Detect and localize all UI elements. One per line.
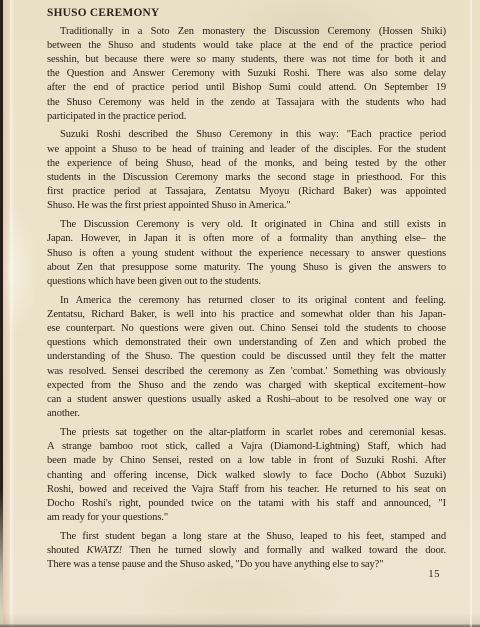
text-line: Roshi, bowed and received the Vajra Staf… [47,483,446,497]
page-content: SHUSO CEREMONY Traditionally in a Soto Z… [47,6,446,573]
text-line: Zentatsu, Richard Baker, is well into hi… [47,308,446,322]
text-line: been made by Chino Sensei, rested on a l… [47,454,446,468]
text-line: another. [47,407,446,421]
paragraph: The priests sat together on the altar-pl… [47,426,446,525]
text-line: was resolved. Sensei described the cerem… [47,365,446,379]
text-line: we appoint a Shuso to be head of trainin… [47,143,446,157]
page-edge-pink-left [3,0,10,627]
text-line: In America the ceremony has returned clo… [47,294,446,308]
text-line: the experience of being Shuso, head of t… [47,157,446,171]
paragraph: In America the ceremony has returned clo… [47,294,446,422]
text-line: the Shuso Ceremony was held in the zendo… [47,96,446,110]
paragraph: The first student began a long stare at … [47,530,446,573]
text-line: between the Shuso and students would tak… [47,39,446,53]
page-title: SHUSO CEREMONY [47,6,446,20]
paragraph: The Discussion Ceremony is very old. It … [47,218,446,289]
text-line: students in the Discussion Ceremony mark… [47,171,446,185]
text-line: am ready for your questions." [47,511,446,525]
text-line: expected from the Shuso and the zendo wa… [47,379,446,393]
text-line: ese counterpart. No questions were given… [47,322,446,336]
text-line: questions which have been given out to t… [47,275,446,289]
text-line: questions which demonstrated their own u… [47,336,446,350]
paragraph: Traditionally in a Soto Zen monastery th… [47,25,446,124]
text-line: after the end of practice period until B… [47,81,446,95]
text-line: the Question and Answer Ceremony with Su… [47,67,446,81]
page-edge-bottom [0,623,480,627]
page-edge-right-light [470,0,472,627]
text-line: participated in the practice period. [47,110,446,124]
text-line: chanting and offering incense, Dick walk… [47,469,446,483]
text-line: Docho Roshi's right, pounded twice on th… [47,497,446,511]
scanned-book-page: SHUSO CEREMONY Traditionally in a Soto Z… [0,0,480,627]
text-line: Shuso. He was the first priest appointed… [47,199,446,213]
text-line: A strange bamboo root stick, called a Va… [47,440,446,454]
paragraph-container: Traditionally in a Soto Zen monastery th… [47,25,446,573]
text-line: first practice period at Tassajara, Zent… [47,185,446,199]
text-line: can a student answer questions usually a… [47,393,446,407]
text-line: understanding of the Shuso. The question… [47,350,446,364]
page-edge-light-left [10,0,15,627]
page-number: 15 [380,568,440,580]
text-line: Traditionally in a Soto Zen monastery th… [47,25,446,39]
paragraph: Suzuki Roshi described the Shuso Ceremon… [47,128,446,213]
text-line: Shuso is often a young student without t… [47,247,446,261]
text-line: Japan. However, in Japan it is often mor… [47,232,446,246]
text-line: The Discussion Ceremony is very old. It … [47,218,446,232]
text-line: shouted KWATZ! Then he turned slowly and… [47,544,446,558]
text-line: The first student began a long stare at … [47,530,446,544]
page-edge-bottom-shadow [0,613,480,623]
text-line: about Zen that presuppose some maturity.… [47,261,446,275]
text-line: Suzuki Roshi described the Shuso Ceremon… [47,128,446,142]
text-line: sesshin, but because there were so many … [47,53,446,67]
text-line: The priests sat together on the altar-pl… [47,426,446,440]
